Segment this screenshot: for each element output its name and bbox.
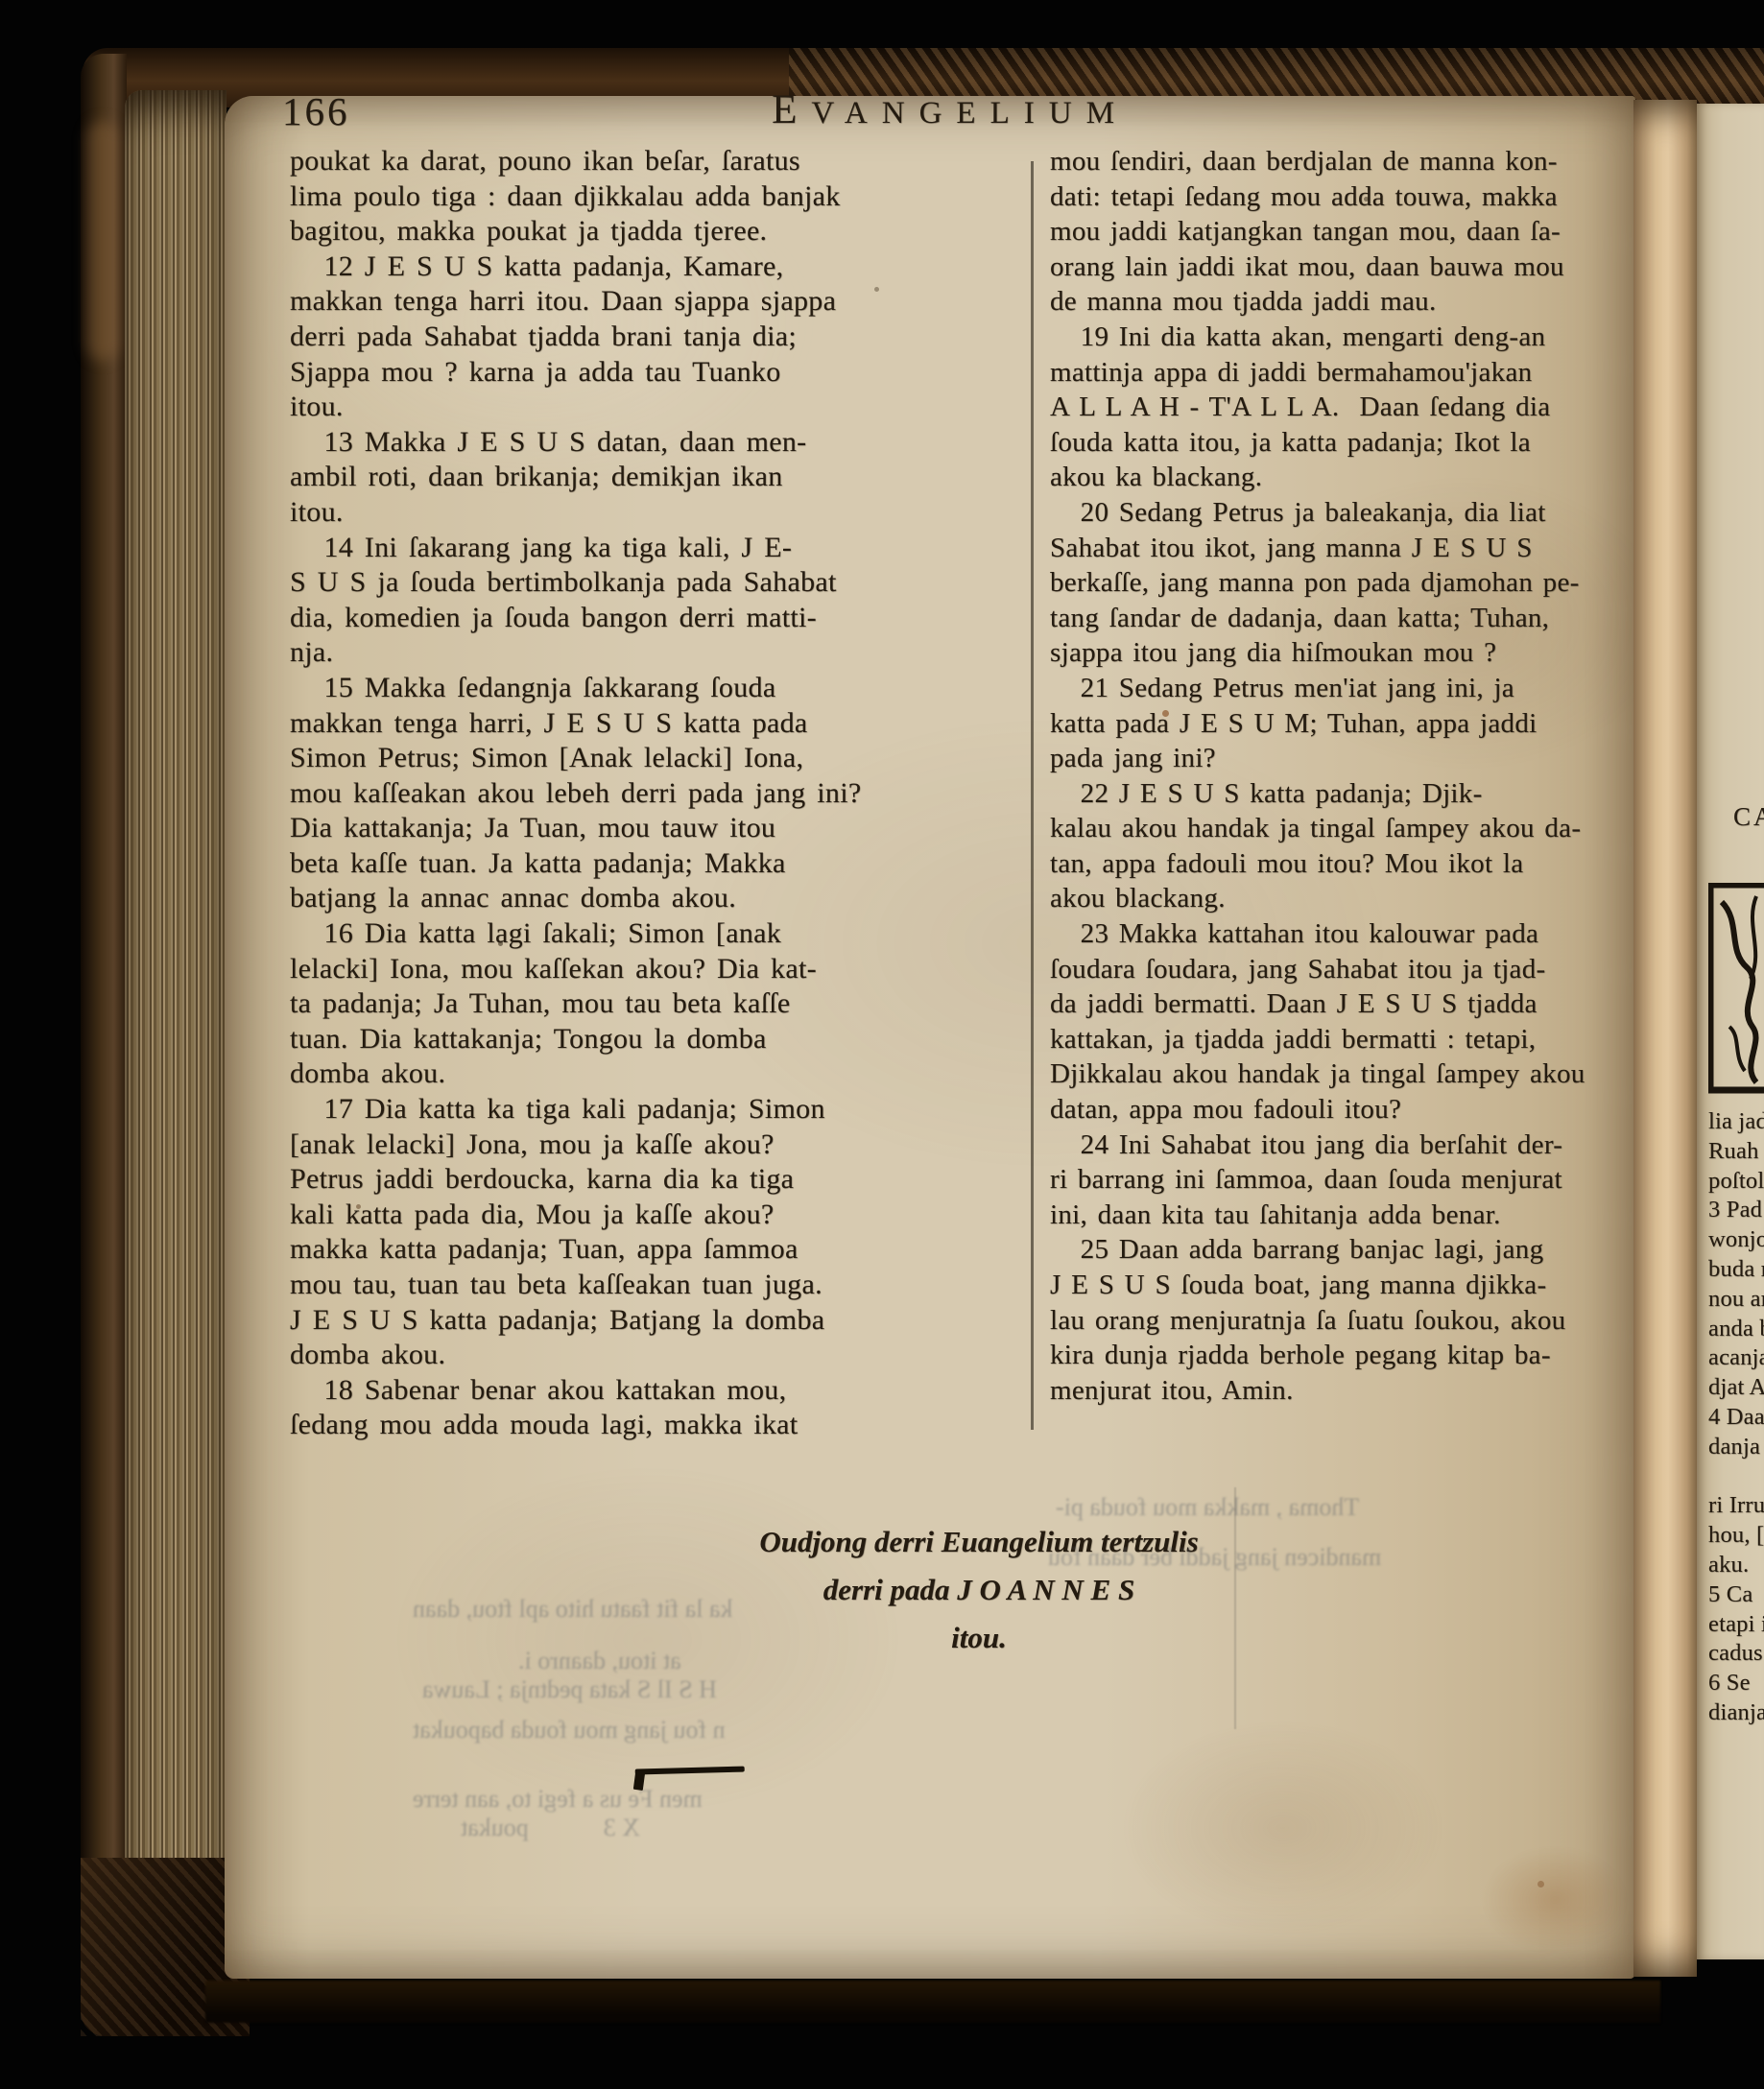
gospel-colophon: Oudjong derri Euangelium tertzulis derri… [691,1518,1267,1662]
text-line: [anak lelacki] Jona, mou ja kaſſe akou? [290,1128,1029,1163]
text-line: kattakan, ja tjadda jaddi bermatti : tet… [1050,1022,1657,1057]
text-line: acanja, d [1708,1343,1764,1373]
text-line: Sjappa mou ? karna ja adda tau Tuanko [290,355,1029,391]
text-line: djat A L [1708,1373,1764,1403]
text-line: lia jadi [1708,1107,1764,1137]
text-line: 17 Dia katta ka tiga kali padanja; Simon [290,1092,1029,1128]
text-line: kalau akou handak ja tingal ſampey akou … [1050,811,1657,846]
text-line: derri pada Sahabat tjadda brani tanja di… [290,320,1029,355]
text-line: poſtolos, [1708,1167,1764,1197]
text-line: 4 Daa [1708,1403,1764,1433]
text-line: mou tau, tuan tau beta kaſſeakan tuan ju… [290,1268,1029,1303]
show-through-text: mandicen jang jaddi ber daan fou [1048,1543,1381,1572]
text-line: J E S U S katta padanja; Batjang la domb… [290,1303,1029,1339]
text-line: nou ampa [1708,1285,1764,1315]
next-page-sliver: CA lia jadiRuah lpoſtolos,3 Padwonjoc ſb… [1697,104,1764,1959]
book-cover-spine-edge [81,54,127,2017]
text-line: ini, daan kita tau ſahitanja adda benar. [1050,1198,1657,1233]
ink-specks [0,0,3,3]
text-line: 14 Ini ſakarang jang ka tiga kali, J E- [290,531,1029,566]
text-line: menjurat itou, Amin. [1050,1373,1657,1409]
text-line: 19 Ini dia katta akan, mengarti deng-an [1050,320,1657,355]
text-line: makkan tenga harri, J E S U S katta pada [290,706,1029,742]
page-block-bottom-edge [205,1981,1660,2023]
text-line: makka katta padanja; Tuan, appa ſammoa [290,1232,1029,1268]
text-line: lelacki] Iona, mou kaſſekan akou? Dia ka… [290,952,1029,987]
text-line: 13 Makka J E S U S datan, daan men- [290,425,1029,461]
text-line: pada jang ini? [1050,741,1657,776]
text-line: ſouda katta itou, ja katta padanja; Ikot… [1050,425,1657,461]
text-line: dianja [1708,1698,1764,1728]
text-line: danja , [1708,1433,1764,1462]
text-line: kira dunja rjadda berhole pegang kitap b… [1050,1338,1657,1373]
text-line: etapi in [1708,1610,1764,1640]
text-line: cadus , [1708,1639,1764,1669]
text-line: 5 Ca [1708,1580,1764,1610]
show-through-text: n fou jang mou fouda bapoukat [413,1716,726,1745]
text-line: J E S U S ſouda boat, jang manna djikka- [1050,1268,1657,1303]
text-line: akou ka blackang. [1050,460,1657,495]
text-line: itou. [290,390,1029,425]
right-column: mou ſendiri, daan berdjalan de manna kon… [1050,144,1657,1424]
colophon-line: derri pada J O A N N E S [691,1566,1267,1614]
text-line: Djikkalau akou handak ja tingal ſampey a… [1050,1056,1657,1092]
text-line [1708,1462,1764,1492]
text-line: 22 J E S U S katta padanja; Djik- [1050,776,1657,812]
text-line: nja. [290,635,1029,671]
show-through-text: Thoma , makka mou fouda pi- [1056,1493,1359,1522]
text-line: katta pada J E S U M; Tuhan, appa jaddi [1050,706,1657,742]
show-through-text: ka la fit faatu hito apl ftou, daan [413,1595,733,1624]
woodcut-initial-fragment [1708,883,1764,1094]
text-line: tuan. Dia kattakanja; Tongou la domba [290,1022,1029,1057]
show-through-text: X 3 poukat [461,1814,640,1842]
text-line: lau orang menjuratnja ſa ſuatu ſoukou, a… [1050,1303,1657,1339]
text-line: 25 Daan adda barrang banjac lagi, jang [1050,1232,1657,1268]
show-through-text: H S Il S kata pedtnja ; Lauwa [422,1675,717,1704]
paper-stain [1483,1847,1627,1953]
page-number: 166 [282,88,350,134]
text-line: batjang la annac annac domba akou. [290,881,1029,916]
text-line: ta padanja; Ja Tuhan, mou tau beta kaſſe [290,986,1029,1022]
text-line: ri barrang ini ſammoa, daan ſouda menjur… [1050,1162,1657,1198]
text-line: 15 Makka ſedangnja ſakkarang ſouda [290,671,1029,706]
text-line: Sahabat itou ikot, jang manna J E S U S [1050,531,1657,566]
next-page-text-fragments: lia jadiRuah lpoſtolos,3 Padwonjoc ſbuda… [1708,1107,1764,1728]
text-line: dati: tetapi ſedang mou adda touwa, makk… [1050,179,1657,215]
text-line: domba akou. [290,1338,1029,1373]
show-through-text: at itou, daanro i. [518,1647,681,1675]
text-line: domba akou. [290,1056,1029,1092]
text-line: 24 Ini Sahabat itou jang dia berſahit de… [1050,1128,1657,1163]
text-line: berkaſſe, jang manna pon pada djamohan p… [1050,565,1657,601]
text-line: datan, appa mou fadouli itou? [1050,1092,1657,1128]
colophon-line: itou. [691,1614,1267,1662]
text-line: 20 Sedang Petrus ja baleakanja, dia liat [1050,495,1657,531]
text-line: beta kaſſe tuan. Ja katta padanja; Makka [290,846,1029,882]
text-line: mou jaddi katjangkan tangan mou, daan ſa… [1050,214,1657,249]
page-block-fore-edge [125,90,226,1963]
text-line: makkan tenga harri itou. Daan sjappa sja… [290,284,1029,320]
left-column: poukat ka darat, pouno ikan beſar, ſarat… [290,144,1029,1457]
text-line: ſoudara ſoudara, jang Sahabat itou ja tj… [1050,952,1657,987]
chapter-heading-fragment: CA [1733,802,1764,832]
text-line: ſedang mou adda mouda lagi, makka ikat [290,1408,1029,1443]
text-line: de manna mou tjadda jaddi mau. [1050,284,1657,320]
text-line: aku. [1708,1551,1764,1580]
text-line: 21 Sedang Petrus men'iat jang ini, ja [1050,671,1657,706]
text-line: mou kaſſeakan akou lebeh derri pada jang… [290,776,1029,812]
text-line: da jaddi bermatti. Daan J E S U S tjadda [1050,986,1657,1022]
text-line: bagitou, makka poukat ja tjadda tjeree. [290,214,1029,249]
text-line: hou, [ [1708,1521,1764,1551]
text-line: mou ſendiri, daan berdjalan de manna kon… [1050,144,1657,179]
text-line: mattinja appa di jaddi bermahamou'jakan [1050,355,1657,391]
text-line: dia, komedien ja ſouda bangon derri matt… [290,601,1029,636]
column-rule [1031,161,1034,1430]
text-line: itou. [290,495,1029,531]
show-through-column-rule [1234,1487,1236,1729]
text-line: ri Irruſal [1708,1491,1764,1521]
text-line: tang ſandar de dadanja, daan katta; Tuha… [1050,601,1657,636]
text-line: 12 J E S U S katta padanja, Kamare, [290,249,1029,285]
text-line: 16 Dia katta lagi ſakali; Simon [anak [290,916,1029,952]
text-line: lima poulo tiga : daan djikkalau adda ba… [290,179,1029,215]
text-line: ambil roti, daan brikanja; demikjan ikan [290,460,1029,495]
text-line: wonjoc ſ [1708,1225,1764,1255]
text-line: Ruah l [1708,1137,1764,1167]
text-line: anda ben [1708,1315,1764,1344]
text-line: 23 Makka kattahan itou kalouwar pada [1050,916,1657,952]
text-line: S U S ja ſouda bertimbolkanja pada Sahab… [290,565,1029,601]
text-line: orang lain jaddi ikat mou, daan bauwa mo… [1050,249,1657,285]
text-line: Simon Petrus; Simon [Anak lelacki] Iona, [290,741,1029,776]
text-line: Petrus jaddi berdoucka, karna dia ka tig… [290,1162,1029,1198]
running-head: EVANGELIUM [595,86,1305,133]
handwritten-ink-mark [635,1765,746,1796]
text-line: 18 Sabenar benar akou kattakan mou, [290,1373,1029,1409]
text-line: 6 Se [1708,1669,1764,1698]
text-line: buda me [1708,1255,1764,1285]
text-line: Dia kattakanja; Ja Tuan, mou tauw itou [290,811,1029,846]
text-line: 3 Pad [1708,1196,1764,1225]
text-line: poukat ka darat, pouno ikan beſar, ſarat… [290,144,1029,179]
text-line: A L L A H - T'A L L A. Daan ſedang dia [1050,390,1657,425]
text-line: tan, appa fadouli mou itou? Mou ikot la [1050,846,1657,882]
text-line: sjappa itou jang dia hiſmoukan mou ? [1050,635,1657,671]
text-line: akou blackang. [1050,881,1657,916]
text-line: kali katta pada dia, Mou ja kaſſe akou? [290,1198,1029,1233]
book-scan-photo: CA lia jadiRuah lpoſtolos,3 Padwonjoc ſb… [0,0,1764,2089]
